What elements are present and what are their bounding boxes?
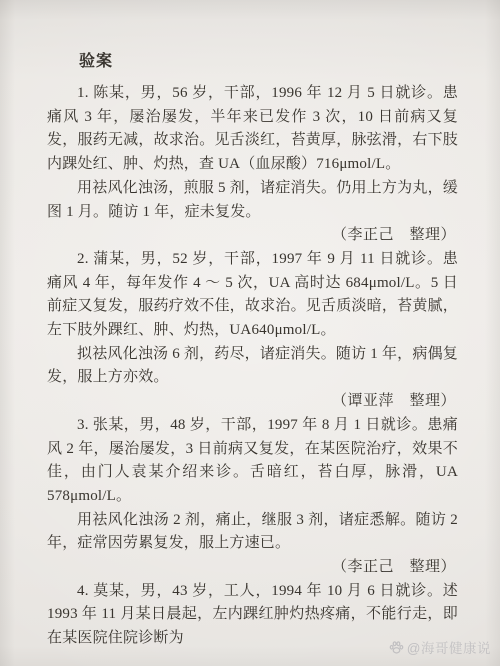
case-1-attribution: （李正己 整理）	[47, 224, 458, 248]
case-3-treatment: 用祛风化浊汤 2 剂，痛止，继服 3 剂，诸症悉解。随访 2 年，症常因劳累复发…	[47, 509, 458, 556]
case-2-treatment: 拟祛风化浊汤 6 剂，药尽，诸症消失。随访 1 年，病偶复发，服上方亦效。	[47, 343, 458, 390]
watermark: @海哥健康说	[389, 637, 491, 657]
case-3-history: 3. 张某，男，48 岁，干部，1997 年 8 月 1 日就诊。患痛风 2 年…	[47, 414, 458, 509]
watermark-text: @海哥健康说	[407, 637, 491, 657]
case-2-history: 2. 蒲某，男，52 岁，干部，1997 年 9 月 11 日就诊。患痛风 4 …	[47, 248, 458, 343]
baidu-paw-icon	[389, 640, 404, 655]
book-page: 验案 1. 陈某，男，56 岁，干部，1996 年 12 月 5 日就诊。患痛风…	[47, 50, 458, 651]
case-1-treatment: 用祛风化浊汤，煎服 5 剂，诸症消失。仍用上方为丸，缓图 1 月。随访 1 年，…	[47, 177, 458, 224]
case-1-history: 1. 陈某，男，56 岁，干部，1996 年 12 月 5 日就诊。患痛风 3 …	[47, 82, 458, 177]
section-heading: 验案	[47, 50, 458, 74]
document-photo: 验案 1. 陈某，男，56 岁，干部，1996 年 12 月 5 日就诊。患痛风…	[0, 0, 500, 666]
case-3-attribution: （李正己 整理）	[47, 556, 458, 580]
case-2-attribution: （谭亚萍 整理）	[47, 390, 458, 414]
